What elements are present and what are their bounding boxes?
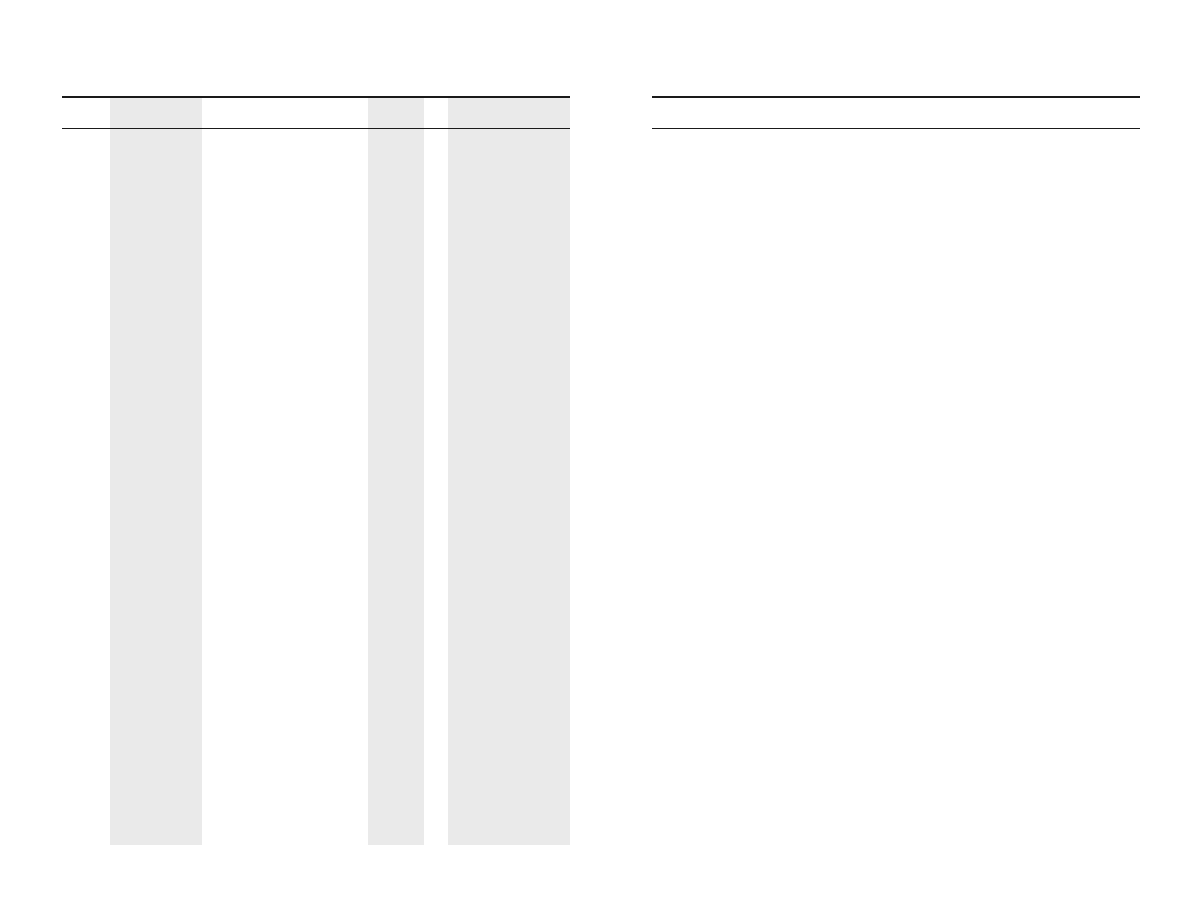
column-band-brief bbox=[448, 98, 570, 845]
manual-spread: { "colors":{"band":"#eaeaea","stripe":"#… bbox=[0, 0, 1200, 906]
left-table-header-rule bbox=[62, 128, 570, 129]
right-table-header-rule bbox=[652, 128, 1140, 129]
left-table-top-rule bbox=[62, 96, 570, 98]
column-band-level3 bbox=[368, 98, 424, 845]
right-table-top-rule bbox=[652, 96, 1140, 98]
column-band-level1 bbox=[110, 98, 202, 845]
